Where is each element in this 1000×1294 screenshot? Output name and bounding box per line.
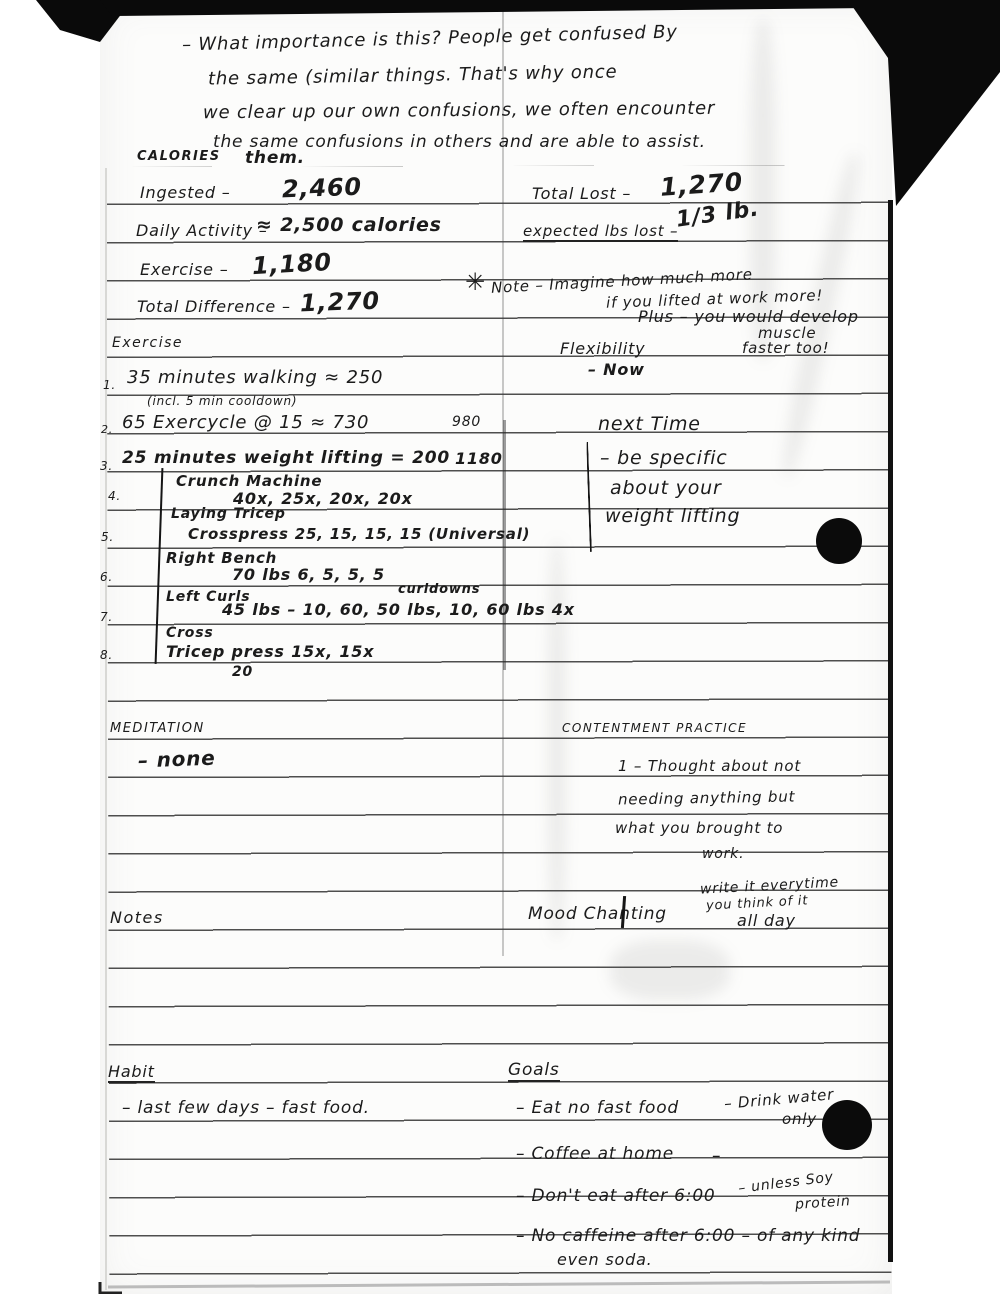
exercise-item-num: 6. xyxy=(100,571,113,583)
exercise-item-text: 65 Exercycle @ 15 ≈ 730 xyxy=(122,414,369,432)
exercise-item-num: 1. xyxy=(103,379,116,391)
calorie-row-value: ≈ 2,500 calories xyxy=(256,216,442,235)
calorie-row-value: 1,180 xyxy=(251,250,332,278)
contentment-line: needing anything but xyxy=(618,789,796,807)
exercise-item-detail: Tricep press 15x, 15x xyxy=(166,644,374,660)
exercise-item-num: 5. xyxy=(101,531,114,543)
exercise-item-num: 4. xyxy=(108,490,121,502)
exercise-item-extra: curldowns xyxy=(398,583,480,596)
calorie-row-label: Daily Activity – xyxy=(136,223,268,239)
mood-chanting-label: Mood Chanting xyxy=(528,906,667,923)
goal-item: – Coffee at home xyxy=(516,1146,674,1163)
contentment-line: what you brought to xyxy=(615,821,783,836)
calorie-row-label: Total Difference – xyxy=(137,299,291,315)
calorie-row-value: 1,270 xyxy=(300,289,381,316)
hole-punch-top xyxy=(816,518,862,564)
contentment-heading: CONTENTMENT PRACTICE xyxy=(562,722,747,734)
note-line: we clear up our own confusions, we often… xyxy=(203,100,715,122)
goal-item: – No caffeine after 6:00 – of any kind xyxy=(516,1228,860,1245)
goal-item-note: protein xyxy=(795,1194,852,1212)
goal-item-note: even soda. xyxy=(557,1252,653,1268)
expected-lbs-label: expected lbs lost – xyxy=(523,224,678,242)
goal-item: – Don't eat after 6:00 xyxy=(516,1188,716,1205)
asterisk-icon: ✳ xyxy=(465,270,486,294)
habit-heading: Habit xyxy=(108,1064,155,1083)
calorie-row-value: 2,460 xyxy=(282,175,363,202)
goal-item: – Eat no fast food xyxy=(516,1100,679,1117)
exercise-item-name: Laying Tricep xyxy=(171,507,286,521)
note-line: them. xyxy=(245,150,305,167)
habit-line: – last few days – fast food. xyxy=(122,1100,370,1117)
exercise-heading: Exercise xyxy=(112,336,183,350)
exercise-item-num: 8. xyxy=(100,649,113,661)
exercise-item-num: 3. xyxy=(100,460,113,472)
exercise-item-extra: 980 xyxy=(452,415,481,429)
exercise-item-name: Crunch Machine xyxy=(176,474,322,489)
meditation-heading: MEDITATION xyxy=(110,722,205,735)
total-lost-label: Total Lost – xyxy=(532,186,631,202)
next-time-line: – be specific xyxy=(600,449,728,468)
exercise-item-detail: 40x, 25x, 20x, 20x xyxy=(233,491,413,507)
mood-side-note: all day xyxy=(737,913,796,929)
exercise-item-text: 35 minutes walking ≈ 250 xyxy=(127,369,383,387)
hole-punch-bottom xyxy=(822,1100,872,1150)
exercise-item-num: 2. xyxy=(101,424,113,435)
exercise-item-detail: 45 lbs – 10, 60, 50 lbs, 10, 60 lbs 4x xyxy=(222,602,575,618)
exercise-item-sub: (incl. 5 min cooldown) xyxy=(147,395,297,407)
exercise-item-text: 25 minutes weight lifting = 200 xyxy=(122,450,450,467)
total-lost-value: 1,270 xyxy=(659,169,744,200)
goal-item-note: only xyxy=(782,1112,817,1127)
calorie-row-label: Exercise – xyxy=(140,262,229,278)
exercise-item-name: Right Bench xyxy=(166,551,277,566)
side-note-line: faster too! xyxy=(742,341,829,356)
flexibility-value: – Now xyxy=(588,362,645,378)
meditation-value: – none xyxy=(138,748,216,771)
scanned-note-page: – What importance is this? People get co… xyxy=(0,0,1000,1294)
next-time-line: weight lifting xyxy=(605,507,740,526)
exercise-item-detail: 70 lbs 6, 5, 5, 5 xyxy=(232,567,385,583)
exercise-item-num: 7. xyxy=(100,611,113,623)
notes-heading: Notes xyxy=(110,910,164,926)
goal-item-note: – xyxy=(712,1148,721,1165)
exercise-item-extra: 20 xyxy=(232,665,253,679)
calorie-row-label: Ingested – xyxy=(140,185,231,201)
contentment-line: work. xyxy=(702,847,744,861)
exercise-item-extra: 1180 xyxy=(455,451,503,467)
exercise-item-name: Cross xyxy=(166,626,213,640)
contentment-line: 1 – Thought about not xyxy=(618,759,801,774)
exercise-item-detail: Crosspress 25, 15, 15, 15 (Universal) xyxy=(188,527,530,542)
flexibility-heading: Flexibility xyxy=(560,341,645,357)
side-note-line: Plus – you would develop xyxy=(638,309,859,325)
next-time-line: about your xyxy=(610,479,722,498)
next-time-line: next Time xyxy=(598,415,701,434)
goals-heading: Goals xyxy=(508,1062,560,1082)
calories-heading: CALORIES xyxy=(137,150,221,163)
